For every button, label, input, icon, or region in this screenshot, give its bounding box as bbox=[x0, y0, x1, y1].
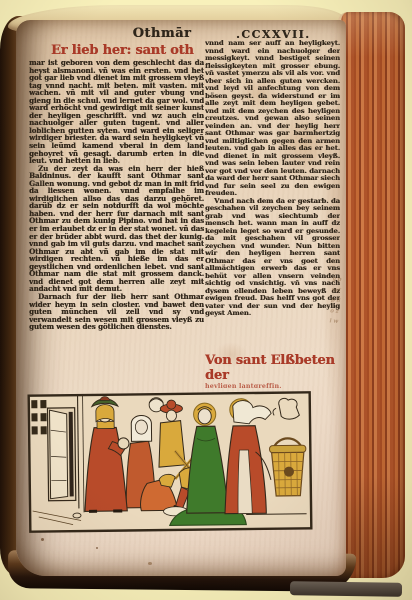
section-rubric-line1: Von sant Elßbeten der bbox=[205, 353, 340, 383]
printed-leaf: Othmār .CCXXVII. Er lieb her: sant oth m… bbox=[16, 20, 346, 576]
book-photograph: Othmār .CCXXVII. Er lieb her: sant oth m… bbox=[0, 0, 412, 600]
cover-tail-edge bbox=[290, 581, 402, 597]
paragraph: Vnnd nach dem da er gestarb. da geschahe… bbox=[205, 198, 340, 318]
paragraph: Darnach fur der lieb herr sant Othmar wi… bbox=[29, 293, 204, 331]
handwritten-marginalia: y p rof p ll o z l w bbox=[329, 274, 353, 328]
left-text-column: Er lieb her: sant oth mar ist geboren vo… bbox=[29, 43, 204, 375]
right-text-column: vnnd nam ser auff an heyligkeyt. vnnd wa… bbox=[205, 40, 340, 388]
woodcut-illustration bbox=[27, 389, 313, 534]
paragraph: Zu der zeyt da was ein herr der hieß Bal… bbox=[29, 165, 204, 293]
section-rubric: Von sant Elßbeten der heyligen lantgreff… bbox=[205, 353, 340, 388]
woodcut-basket bbox=[269, 438, 306, 496]
section-rubric-line2: heyligen lantgreffin. bbox=[205, 383, 340, 388]
paragraph: mar ist geboren von dem geschlecht das d… bbox=[29, 59, 204, 165]
running-title: Othmār bbox=[116, 26, 208, 41]
paragraph: vnnd nam ser auff an heyligkeyt. vnnd wa… bbox=[205, 40, 340, 198]
chapter-rubric: Er lieb her: sant oth bbox=[51, 43, 204, 58]
